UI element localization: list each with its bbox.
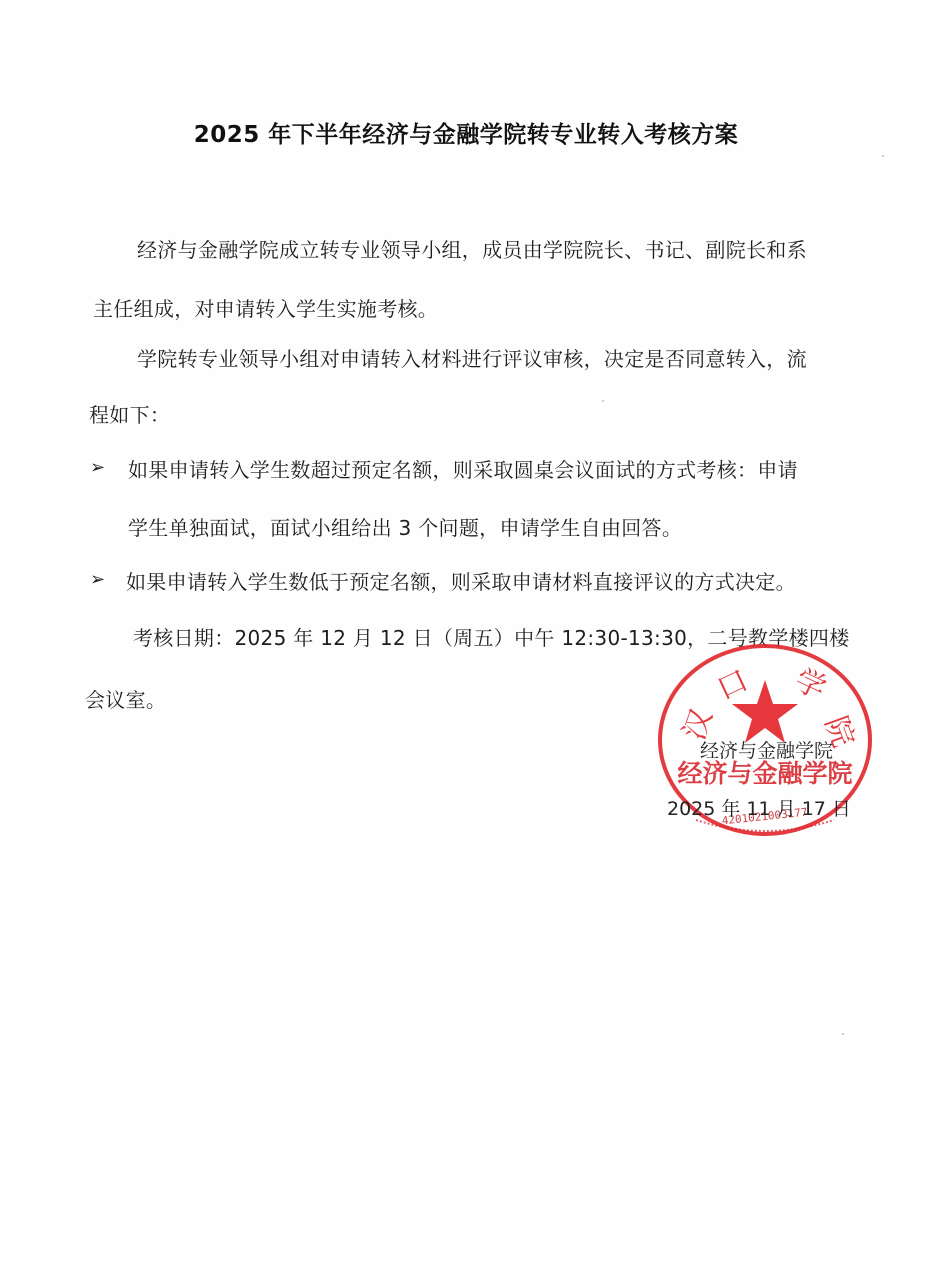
scan-speck [882, 155, 884, 157]
bullet-1-line-2: 学生单独面试，面试小组给出 3 个问题，申请学生自由回答。 [128, 512, 682, 541]
paragraph-2-line-2: 程如下： [89, 399, 170, 428]
paragraph-1-line-2: 主任组成，对申请转入学生实施考核。 [93, 293, 438, 322]
svg-text:经济与金融学院: 经济与金融学院 [677, 759, 852, 788]
document-title: 2025 年下半年经济与金融学院转专业转入考核方案 [0, 116, 932, 149]
signature-date: 2025 年 11 月 17 日 [667, 794, 851, 821]
signature-org: 经济与金融学院 [700, 736, 833, 763]
scan-speck [842, 1033, 844, 1035]
exam-date-line-2: 会议室。 [85, 684, 166, 713]
arrow-bullet-icon: ➢ [90, 569, 105, 590]
arrow-bullet-icon: ➢ [90, 457, 105, 478]
scan-speck [602, 400, 604, 402]
svg-text:口: 口 [712, 663, 754, 707]
document-page: 2025 年下半年经济与金融学院转专业转入考核方案 经济与金融学院成立转专业领导… [0, 0, 950, 1267]
svg-text:学: 学 [789, 662, 831, 706]
bullet-2-line-1: 如果申请转入学生数低于预定名额，则采取申请材料直接评议的方式决定。 [126, 566, 796, 595]
paragraph-1-line-1: 经济与金融学院成立转专业领导小组，成员由学院院长、书记、副院长和系 [137, 234, 807, 263]
paragraph-2-line-1: 学院转专业领导小组对申请转入材料进行评议审核，决定是否同意转入，流 [137, 343, 807, 372]
bullet-1-line-1: 如果申请转入学生数超过预定名额，则采取圆桌会议面试的方式考核：申请 [128, 454, 798, 483]
